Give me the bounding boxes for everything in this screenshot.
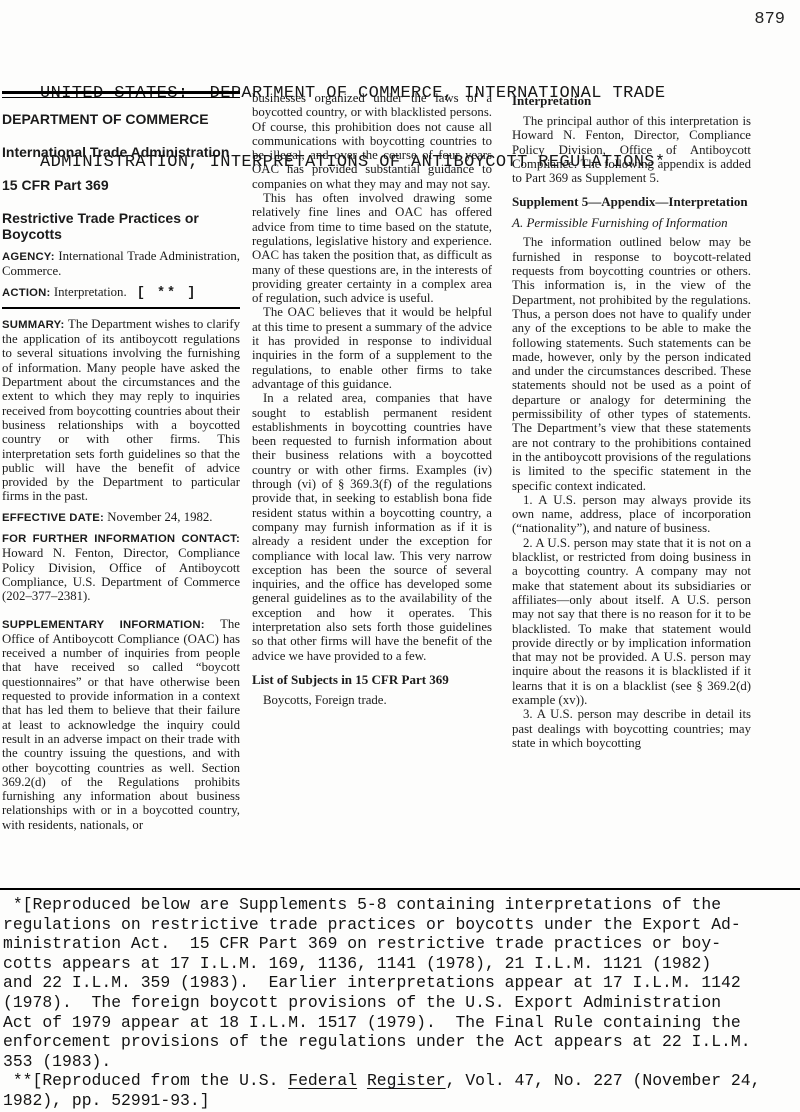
department-heading: DEPARTMENT OF COMMERCE [2,111,240,127]
supplementary-info-block: SUPPLEMENTARY INFORMATION: The Office of… [2,617,240,832]
body-paragraph: The OAC believes that it would be helpfu… [252,305,492,391]
effective-date-block: EFFECTIVE DATE: November 24, 1982. [2,510,240,525]
columns-container: DEPARTMENT OF COMMERCEInternational Trad… [2,91,758,888]
summary-block-label: SUMMARY: [2,319,68,331]
footnote-line: cotts appears at 17 I.L.M. 169, 1136, 11… [3,954,798,974]
author-paragraph: The principal author of this interpretat… [512,114,751,185]
contact-block-label: FOR FURTHER INFORMATION CONTACT: [2,533,240,545]
list-of-subjects-heading: List of Subjects in 15 CFR Part 369 [252,672,492,687]
document-page: 879 UNITED STATES: DEPARTMENT OF COMMERC… [0,0,800,1112]
footnote-line: regulations on restrictive trade practic… [3,915,798,935]
rule-title-heading: Restrictive Trade Practices or Boycotts [2,210,240,242]
underlined-text: Register [367,1071,446,1090]
continuation-paragraph: businesses organized under the laws of a… [252,91,492,191]
administration-heading: International Trade Administration [2,144,240,160]
underlined-text: Federal [288,1071,357,1090]
footnote-line: ministration Act. 15 CFR Part 369 on res… [3,934,798,954]
footnote-line: Act of 1979 appear at 18 I.L.M. 1517 (19… [3,1013,798,1033]
page-number: 879 [754,10,785,29]
footnote-line: 353 (1983). [3,1052,798,1072]
interpretation-heading: Interpretation [512,93,751,108]
body-paragraph: The information outlined below may be fu… [512,235,751,492]
action-line: ACTION: Interpretation. [ ** ] [2,285,240,301]
footnote-line: 1982), pp. 52991-93.] [3,1091,798,1111]
body-paragraph: In a related area, companies that have s… [252,391,492,663]
action-summary-divider [2,307,240,309]
action-line-suffix: [ ** ] [127,286,198,301]
cfr-part-heading: 15 CFR Part 369 [2,177,240,193]
footnotes: *[Reproduced below are Supplements 5-8 c… [3,895,798,1111]
numbered-item-1: 1. A U.S. person may always provide its … [512,493,751,536]
footnote-divider [0,888,800,890]
effective-date-block-label: EFFECTIVE DATE: [2,512,107,524]
agency-line: AGENCY: International Trade Administrati… [2,249,240,279]
section-a-heading: A. Permissible Furnishing of Information [512,215,751,230]
numbered-item-2: 2. A U.S. person may state that it is no… [512,536,751,708]
agency-line-label: AGENCY: [2,251,58,263]
action-line-label: ACTION: [2,287,54,299]
contact-block: FOR FURTHER INFORMATION CONTACT: Howard … [2,531,240,603]
footnote-line: (1978). The foreign boycott provisions o… [3,993,798,1013]
footnote-line: *[Reproduced below are Supplements 5-8 c… [3,895,798,915]
supplementary-info-block-label: SUPPLEMENTARY INFORMATION: [2,619,220,631]
column-middle: businesses organized under the laws of a… [252,91,492,888]
numbered-item-3: 3. A U.S. person may describe in detail … [512,707,751,750]
column-left: DEPARTMENT OF COMMERCEInternational Trad… [2,91,240,888]
supplement-5-heading: Supplement 5—Appendix—Interpretation [512,194,751,209]
footnote-line: **[Reproduced from the U.S. Federal Regi… [3,1071,798,1091]
summary-block: SUMMARY: The Department wishes to clarif… [2,317,240,504]
body-paragraph: This has often involved drawing some rel… [252,191,492,305]
footnote-line: enforcement provisions of the regulation… [3,1032,798,1052]
footnote-line: and 22 I.L.M. 359 (1983). Earlier interp… [3,973,798,993]
column-right: InterpretationThe principal author of th… [512,91,751,888]
subjects-list: Boycotts, Foreign trade. [252,693,492,707]
column-top-rule [2,91,240,98]
